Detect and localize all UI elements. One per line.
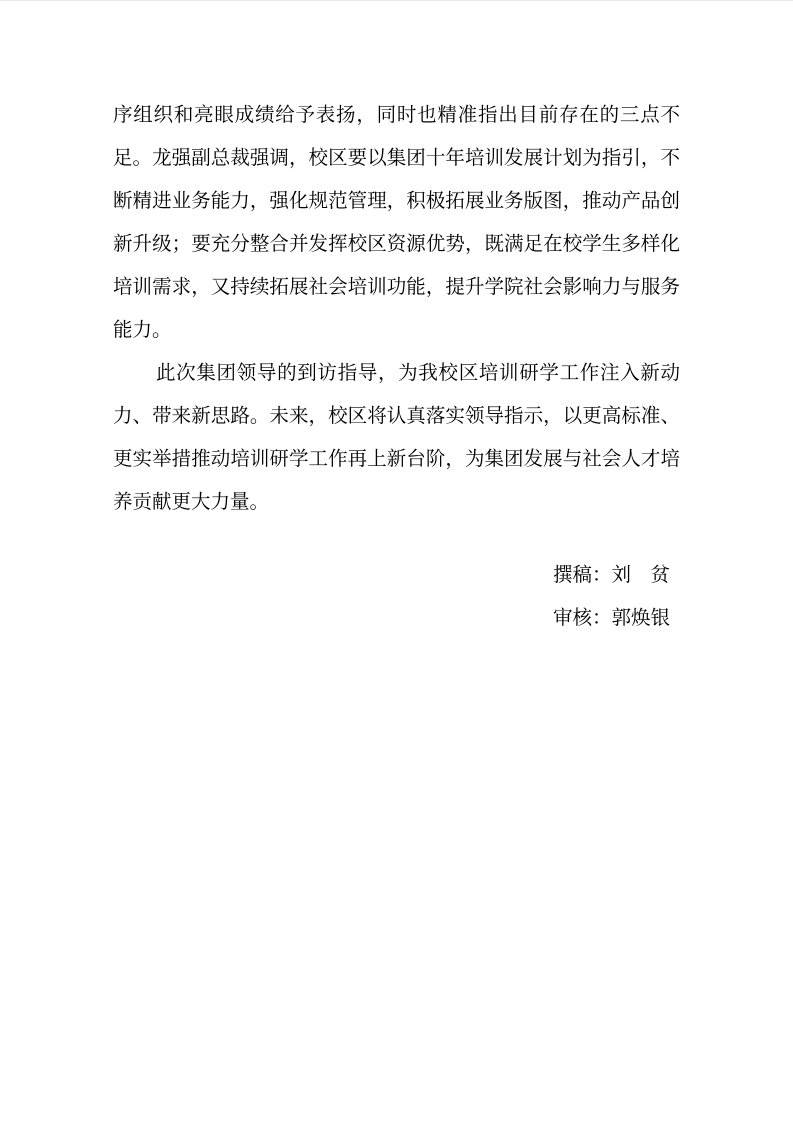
paragraph-1-line-6: 能力。 xyxy=(113,309,680,352)
paragraph-2-line-1: 此次集团领导的到访指导，为我校区培训研学工作注入新动 xyxy=(113,352,680,395)
paragraph-2: 此次集团领导的到访指导，为我校区培训研学工作注入新动 力、带来新思路。未来，校区… xyxy=(113,352,680,524)
paragraph-2-line-3: 更实举措推动培训研学工作再上新台阶，为集团发展与社会人才培 xyxy=(113,438,680,481)
paragraph-1-line-4: 新升级；要充分整合并发挥校区资源优势，既满足在校学生多样化 xyxy=(113,223,680,266)
paragraph-1-line-3: 断精进业务能力，强化规范管理，积极拓展业务版图，推动产品创 xyxy=(113,180,680,223)
page-top-edge xyxy=(0,0,793,1)
paragraph-1: 序组织和亮眼成绩给予表扬，同时也精准指出目前存在的三点不 足。龙强副总裁强调，校… xyxy=(113,94,680,352)
paragraph-1-line-2: 足。龙强副总裁强调，校区要以集团十年培训发展计划为指引，不 xyxy=(113,137,680,180)
paragraph-2-line-2: 力、带来新思路。未来，校区将认真落实领导指示，以更高标准、 xyxy=(113,395,680,438)
document-body: 序组织和亮眼成绩给予表扬，同时也精准指出目前存在的三点不 足。龙强副总裁强调，校… xyxy=(113,94,680,640)
paragraph-1-line-5: 培训需求，又持续拓展社会培训功能，提升学院社会影响力与服务 xyxy=(113,266,680,309)
signature-block: 撰稿：刘 贫 审核：郭焕银 xyxy=(113,554,680,640)
signature-author-line: 撰稿：刘 贫 xyxy=(113,554,670,597)
signature-reviewer-line: 审核：郭焕银 xyxy=(113,597,670,640)
paragraph-1-line-1: 序组织和亮眼成绩给予表扬，同时也精准指出目前存在的三点不 xyxy=(113,94,680,137)
document-page: 序组织和亮眼成绩给予表扬，同时也精准指出目前存在的三点不 足。龙强副总裁强调，校… xyxy=(0,0,793,1122)
paragraph-2-line-4: 养贡献更大力量。 xyxy=(113,481,680,524)
